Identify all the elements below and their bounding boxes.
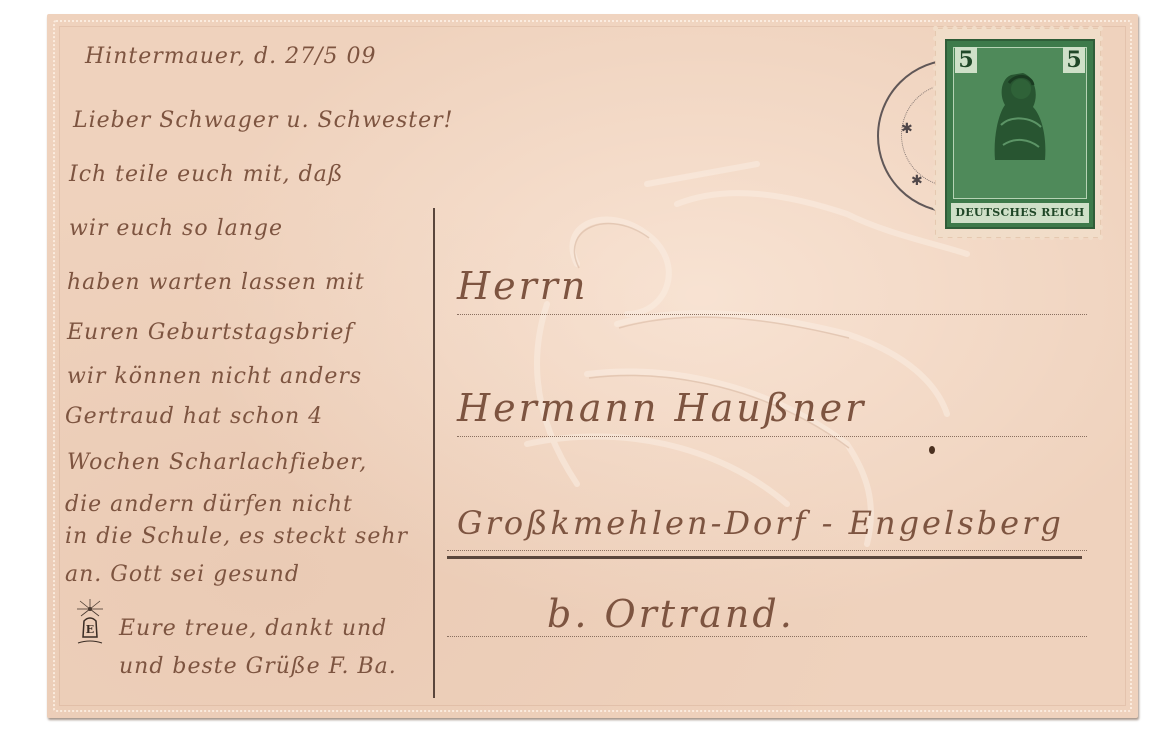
address-line-3: [447, 556, 1082, 559]
message-line: Wochen Scharlachfieber,: [67, 450, 367, 475]
publisher-logo-icon: E: [75, 599, 105, 649]
ink-spot: [929, 446, 935, 454]
message-line: wir können nicht anders: [67, 364, 362, 389]
message-line: und beste Grüße F. Ba.: [119, 654, 397, 679]
message-line: haben warten lassen mit: [67, 270, 365, 295]
stamp-label: DEUTSCHES REICH: [951, 203, 1089, 223]
postmark-star-icon: ✱: [911, 173, 923, 189]
message-line: Eure treue, dankt und: [119, 616, 387, 641]
address-salutation: Herrn: [457, 264, 588, 308]
message-line: Hintermauer, d. 27/5 09: [85, 44, 376, 69]
svg-text:E: E: [86, 623, 94, 636]
postmark-star-icon: ✱: [901, 121, 913, 137]
message-line: wir euch so lange: [69, 216, 283, 241]
address-name: Hermann Haußner: [457, 386, 866, 430]
stamp-value-right: 5: [1063, 47, 1085, 73]
germania-figure-icon: [981, 65, 1059, 185]
message-line: Lieber Schwager u. Schwester!: [73, 108, 453, 133]
address-line-4: [447, 636, 1087, 637]
address-line-3-dotted: [447, 550, 1087, 551]
stamp-design: 5 5 DEUTSCHES REICH: [945, 39, 1095, 229]
divider-line: [433, 208, 435, 698]
message-line: Euren Geburtstagsbrief: [67, 320, 354, 345]
address-town: Großkmehlen-Dorf - Engelsberg: [457, 504, 1064, 542]
message-line: die andern dürfen nicht: [65, 492, 353, 517]
postcard: Hintermauer, d. 27/5 09 Lieber Schwager …: [47, 14, 1138, 718]
address-line-2: [457, 436, 1087, 437]
stamp-value-left: 5: [955, 47, 977, 73]
message-line: Ich teile euch mit, daß: [69, 162, 343, 187]
postage-stamp: 5 5 DEUTSCHES REICH: [936, 29, 1100, 237]
message-line: in die Schule, es steckt sehr: [65, 524, 408, 549]
message-line: an. Gott sei gesund: [65, 562, 300, 587]
address-line-1: [457, 314, 1087, 315]
message-line: Gertraud hat schon 4: [65, 404, 323, 429]
address-region: b. Ortrand.: [547, 592, 795, 636]
